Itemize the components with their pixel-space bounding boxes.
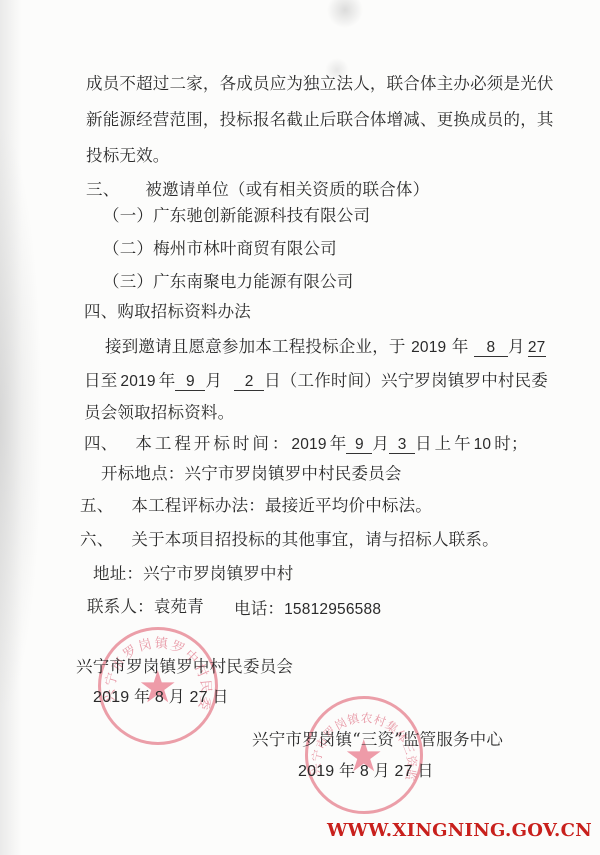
section-title: 被邀请单位（或有相关资质的联合体）	[145, 180, 429, 199]
section-number: 五、	[80, 496, 113, 515]
paragraph-line: 员会领取招标资料。	[84, 403, 234, 423]
section-heading: 五、本工程评标办法：最接近平均价中标法。	[80, 496, 432, 516]
official-seal-village-committee: 兴宁市罗岗镇罗中村民委员会 ★	[98, 627, 218, 745]
official-seal-supervision-center: 兴宁市罗岗镇农村集体三资监管服务中心 ★	[305, 696, 423, 814]
contact-person: 联系人：袁苑青	[87, 597, 204, 617]
signature-org: 兴宁市罗岗镇“三资”监管服务中心	[252, 730, 503, 750]
section-heading: 三、被邀请单位（或有相关资质的联合体）	[86, 180, 429, 200]
item-label: （一）	[103, 206, 153, 225]
paragraph-line: 投标无效。	[86, 146, 170, 166]
paragraph-line: 新能源经营范围，投标报名截止后联合体增减、更换成员的，其	[86, 110, 554, 130]
day-value: 27	[528, 339, 546, 357]
section-heading: 四、购取招标资料办法	[84, 302, 251, 322]
hour-value: 10	[474, 436, 492, 453]
month-value: 8	[474, 339, 508, 357]
company-name: 梅州市林叶商贸有限公司	[153, 239, 337, 258]
signature-org: 兴宁市罗岗镇罗中村民委员会	[76, 657, 293, 677]
month-value: 9	[346, 436, 372, 454]
section-label: 本工程开标时间：	[135, 434, 291, 453]
day-value: 3	[389, 436, 415, 454]
opening-location: 开标地点：兴宁市罗岗镇罗中村民委员会	[101, 464, 402, 484]
signature-date: 2019 年 8 月 27 日	[298, 762, 434, 782]
website-watermark: WWW.XINGNING.GOV.CN	[327, 820, 592, 841]
signature-date: 2019 年 8 月 27 日	[93, 688, 229, 708]
year: 2019	[120, 373, 155, 390]
paragraph-line: 日至2019年9月2日（工作时间）兴宁罗岗镇罗中村民委	[84, 371, 548, 392]
company-name: 广东驰创新能源科技有限公司	[153, 206, 370, 225]
invited-company: （三）广东南聚电力能源有限公司	[103, 272, 354, 292]
section-number: 六、	[80, 530, 113, 549]
paragraph-line: 成员不超过二家，各成员应为独立法人，联合体主办必须是光伏	[86, 74, 554, 94]
year: 2019	[411, 339, 446, 356]
section-number: 三、	[86, 180, 119, 199]
document-page: 成员不超过二家，各成员应为独立法人，联合体主办必须是光伏 新能源经营范围，投标报…	[0, 0, 600, 855]
company-name: 广东南聚电力能源有限公司	[153, 272, 353, 291]
month-value: 9	[175, 373, 205, 391]
paragraph-line: 接到邀请且愿意参加本工程投标企业，于 2019 年 8月27	[105, 337, 546, 358]
invited-company: （二）梅州市林叶商贸有限公司	[103, 239, 337, 259]
item-label: （二）	[103, 239, 153, 258]
section-number: 四、	[84, 434, 117, 453]
invited-company: （一）广东驰创新能源科技有限公司	[103, 206, 370, 226]
contact-phone: 电话：15812956588	[234, 599, 381, 620]
day-value: 2	[234, 373, 264, 391]
contact-address: 地址：兴宁市罗岗镇罗中村	[93, 564, 293, 584]
section-heading: 六、关于本项目招投标的其他事宜，请与招标人联系。	[80, 530, 499, 550]
section-heading: 四、本工程开标时间：2019年9月3日上午10时；	[84, 434, 528, 455]
year: 2019	[291, 436, 326, 453]
item-label: （三）	[103, 272, 153, 291]
